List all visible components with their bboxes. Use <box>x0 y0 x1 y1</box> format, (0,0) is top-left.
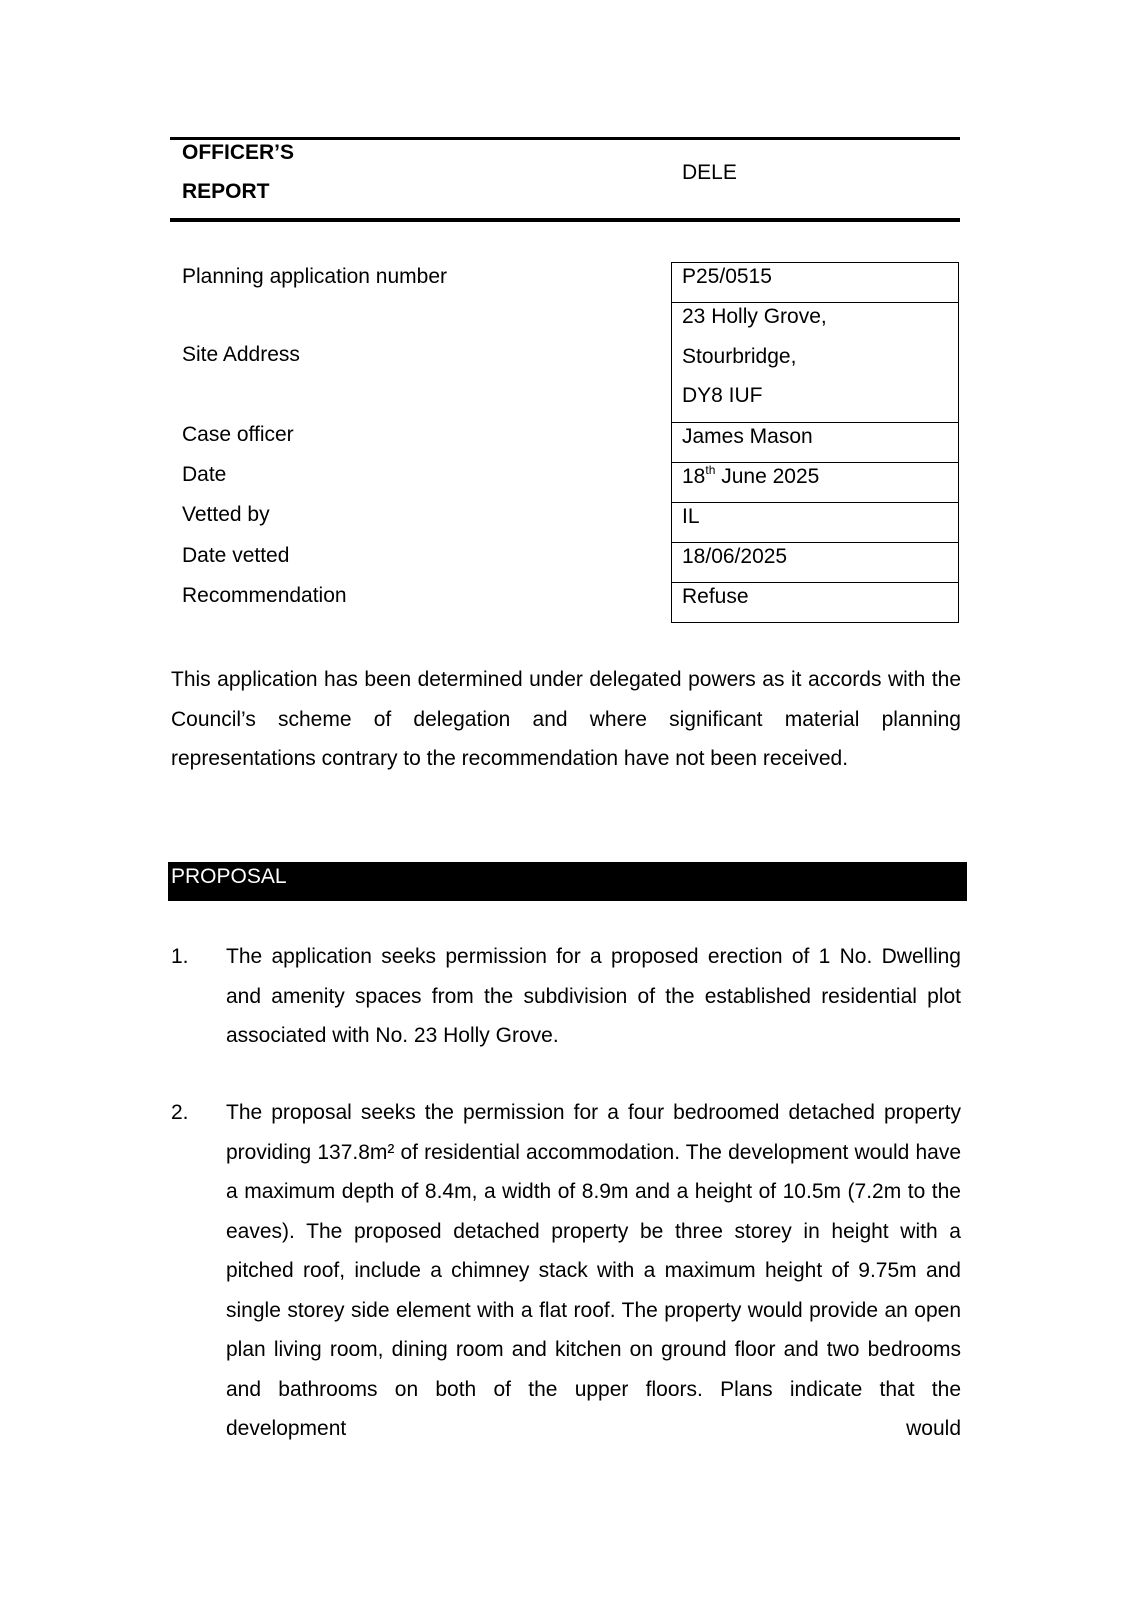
address-line-2: Stourbridge, <box>682 343 958 383</box>
label-vetted-by: Vetted by <box>182 500 270 530</box>
value-date: 18th June 2025 <box>672 462 959 502</box>
date-suffix: th <box>705 463 715 477</box>
delegation-statement: This application has been determined und… <box>171 660 961 779</box>
decision-type-code: DELE <box>682 158 737 188</box>
label-case-officer: Case officer <box>182 420 294 450</box>
section-heading-proposal: PROPOSAL <box>168 862 967 901</box>
label-site-address: Site Address <box>182 340 300 370</box>
value-recommendation: Refuse <box>672 582 959 622</box>
address-line-3: DY8 IUF <box>682 382 958 422</box>
paragraph-text: The proposal seeks the permission for a … <box>226 1093 961 1449</box>
label-application-number: Planning application number <box>182 262 447 292</box>
paragraph-number: 1. <box>171 937 189 977</box>
value-site-address: 23 Holly Grove, Stourbridge, DY8 IUF <box>672 303 959 423</box>
report-title-line2: REPORT <box>182 173 270 211</box>
value-vetted-by: IL <box>672 502 959 542</box>
paragraph-number: 2. <box>171 1093 189 1133</box>
report-title-line1: OFFICER’S <box>182 134 294 172</box>
value-date-vetted: 18/06/2025 <box>672 542 959 582</box>
value-case-officer: James Mason <box>672 422 959 462</box>
header-bottom-rule <box>170 218 960 222</box>
officers-report-page: OFFICER’S REPORT DELE Planning applicati… <box>0 0 1131 1600</box>
label-recommendation: Recommendation <box>182 581 347 611</box>
address-line-1: 23 Holly Grove, <box>682 303 958 343</box>
date-rest: June 2025 <box>715 465 819 488</box>
value-application-number: P25/0515 <box>672 263 959 303</box>
label-date: Date <box>182 460 226 490</box>
report-details-table: P25/0515 23 Holly Grove, Stourbridge, DY… <box>671 262 959 623</box>
date-day: 18 <box>682 465 705 488</box>
paragraph-text: The application seeks permission for a p… <box>226 937 961 1056</box>
label-date-vetted: Date vetted <box>182 541 289 571</box>
